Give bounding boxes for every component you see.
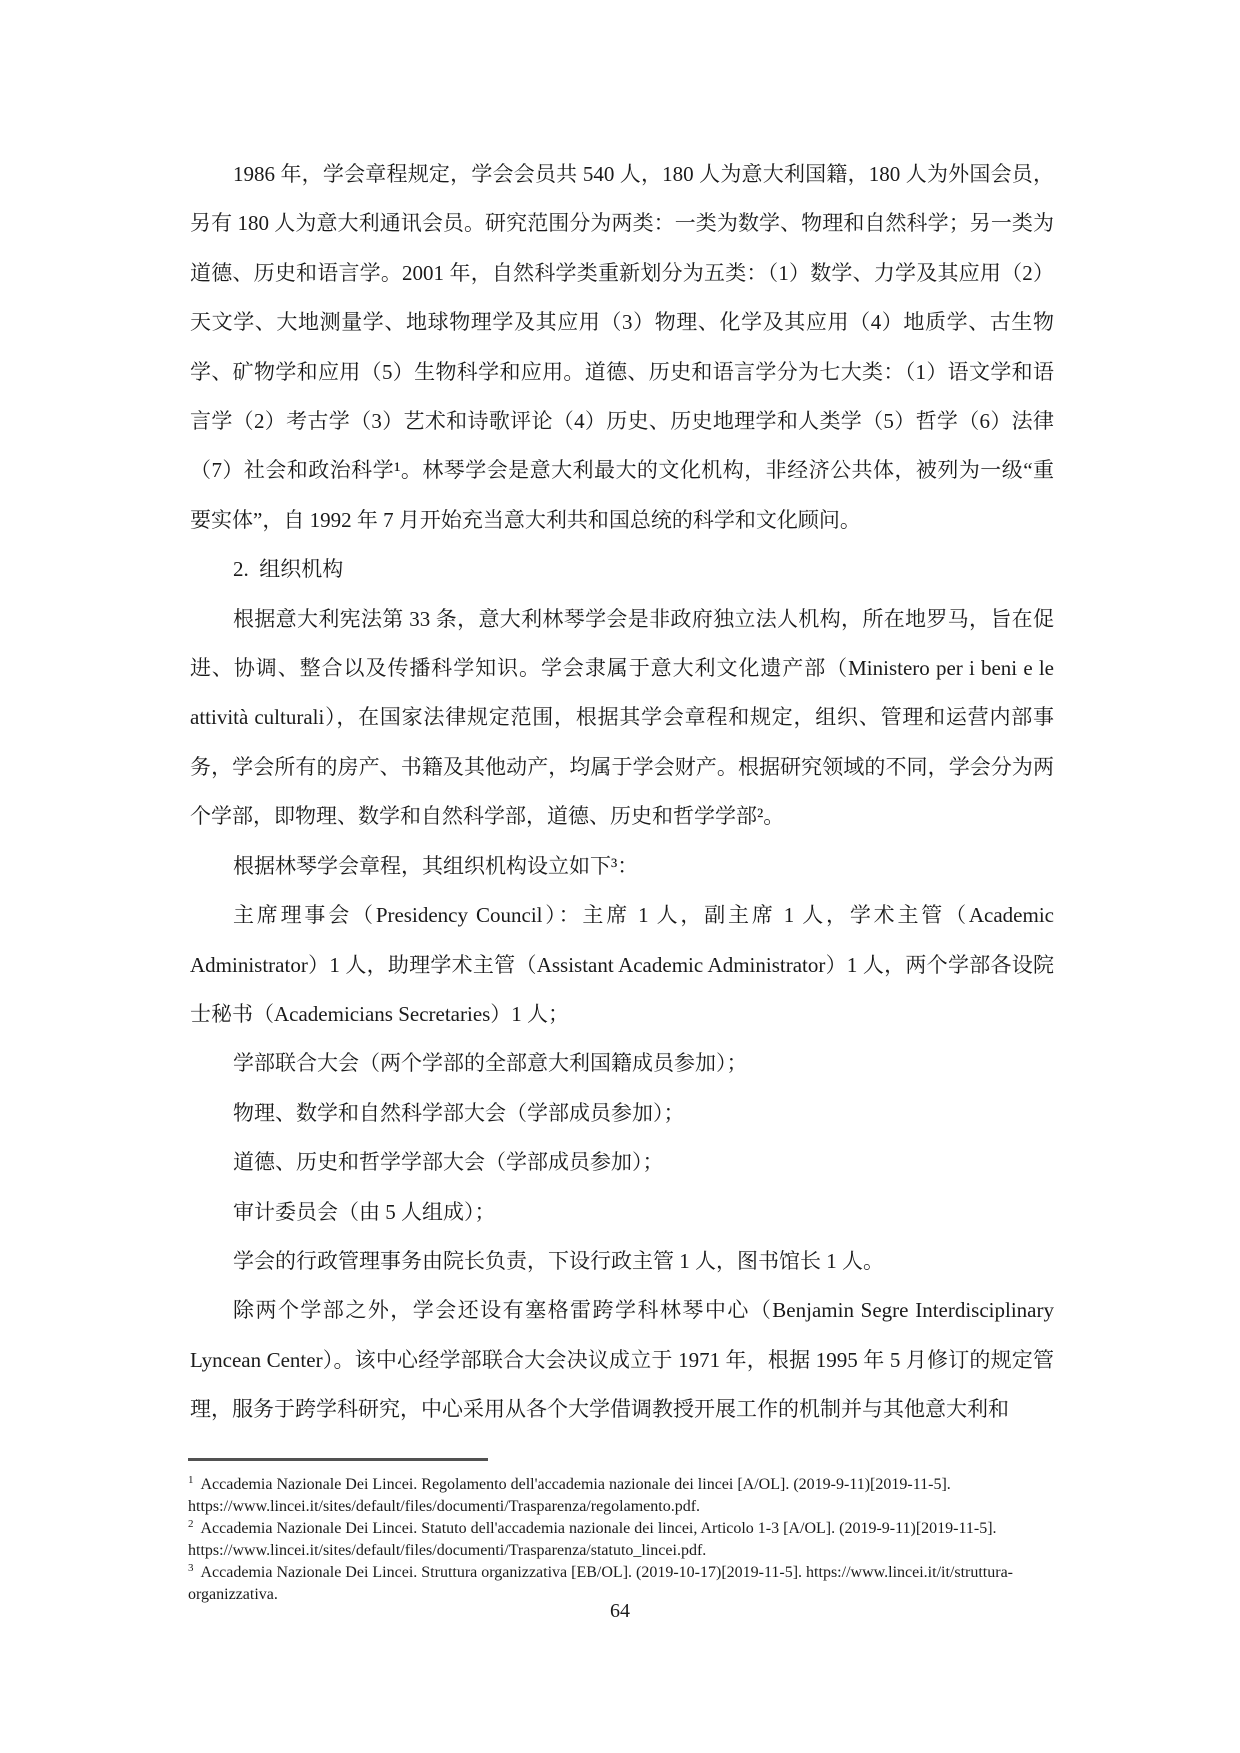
footnote-2: 2Accademia Nazionale Dei Lincei. Statuto… bbox=[188, 1518, 1060, 1562]
paragraph-science-class-assembly: 物理、数学和自然科学部大会（学部成员参加）； bbox=[190, 1089, 1054, 1138]
paragraph-joint-assembly: 学部联合大会（两个学部的全部意大利国籍成员参加）； bbox=[190, 1039, 1054, 1088]
footnote-3-text: Accademia Nazionale Dei Lincei. Struttur… bbox=[188, 1564, 1013, 1603]
paragraph-audit-committee: 审计委员会（由 5 人组成）； bbox=[190, 1188, 1054, 1237]
footnote-section: 1Accademia Nazionale Dei Lincei. Regolam… bbox=[188, 1458, 1060, 1606]
paragraph-membership-history: 1986 年，学会章程规定，学会会员共 540 人，180 人为意大利国籍，18… bbox=[190, 150, 1054, 545]
section-heading-organization: 2. 组织机构 bbox=[190, 545, 1054, 594]
page-number: 64 bbox=[0, 1600, 1240, 1623]
footnote-1-marker: 1 bbox=[188, 1474, 194, 1486]
footnote-2-text: Accademia Nazionale Dei Lincei. Statuto … bbox=[188, 1520, 997, 1559]
footnote-2-marker: 2 bbox=[188, 1518, 194, 1530]
paragraph-legal-status: 根据意大利宪法第 33 条，意大利林琴学会是非政府独立法人机构，所在地罗马，旨在… bbox=[190, 595, 1054, 842]
paragraph-administration: 学会的行政管理事务由院长负责，下设行政主管 1 人，图书馆长 1 人。 bbox=[190, 1237, 1054, 1286]
paragraph-presidency-council: 主席理事会（Presidency Council）：主席 1 人，副主席 1 人… bbox=[190, 891, 1054, 1039]
footnote-1-text: Accademia Nazionale Dei Lincei. Regolame… bbox=[188, 1476, 951, 1515]
footnote-3-marker: 3 bbox=[188, 1562, 194, 1574]
paragraph-segre-center: 除两个学部之外，学会还设有塞格雷跨学科林琴中心（Benjamin Segre I… bbox=[190, 1286, 1054, 1434]
paragraph-structure-intro: 根据林琴学会章程，其组织机构设立如下³： bbox=[190, 842, 1054, 891]
footnote-1: 1Accademia Nazionale Dei Lincei. Regolam… bbox=[188, 1474, 1060, 1518]
body-text-block: 1986 年，学会章程规定，学会会员共 540 人，180 人为意大利国籍，18… bbox=[190, 150, 1054, 1435]
document-page: 1986 年，学会章程规定，学会会员共 540 人，180 人为意大利国籍，18… bbox=[0, 0, 1240, 1753]
paragraph-moral-class-assembly: 道德、历史和哲学学部大会（学部成员参加）； bbox=[190, 1138, 1054, 1187]
footnote-separator bbox=[188, 1458, 488, 1461]
